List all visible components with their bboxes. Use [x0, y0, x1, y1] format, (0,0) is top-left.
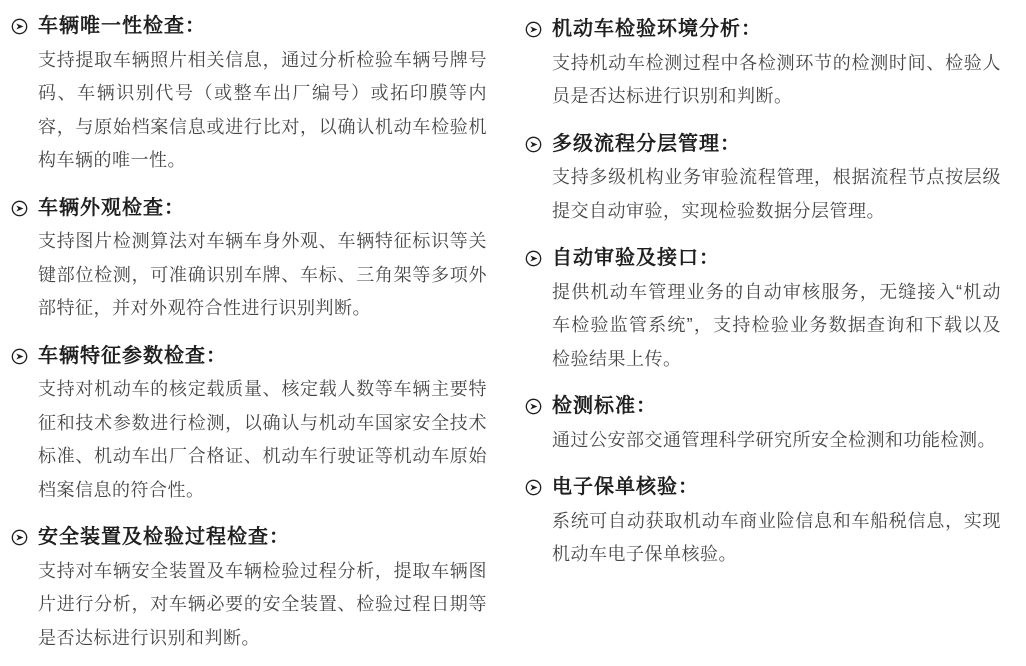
section-heading: 车辆唯一性检查：: [11, 10, 487, 44]
section-title: 车辆外观检查：: [38, 192, 185, 226]
section-body: 支持图片检测算法对车辆车身外观、车辆特征标识等关键部位检测，可准确识别车牌、车标…: [11, 225, 487, 326]
circled-arrow-icon: [525, 250, 542, 267]
circled-arrow-icon: [525, 136, 542, 153]
circled-arrow-icon: [525, 21, 542, 38]
section-body: 系统可自动获取机动车商业险信息和车船税信息，实现机动车电子保单核验。: [525, 505, 1001, 572]
section-body: 支持多级机构业务审验流程管理，根据流程节点按层级提交自动审验，实现检验数据分层管…: [525, 161, 1001, 228]
section-body: 支持机动车检测过程中各检测环节的检测时间、检验人员是否达标进行识别和判断。: [525, 47, 1001, 114]
section-heading: 电子保单核验：: [525, 471, 1001, 505]
section-title: 自动审验及接口：: [552, 242, 720, 276]
circled-arrow-icon: [11, 529, 28, 546]
section-heading: 自动审验及接口：: [525, 242, 1001, 276]
feature-section: 车辆唯一性检查： 支持提取车辆照片相关信息，通过分析检验车辆号牌号码、车辆识别代…: [11, 10, 487, 178]
feature-section: 自动审验及接口： 提供机动车管理业务的自动审核服务，无缝接入“机动车检验监管系统…: [525, 242, 1001, 376]
section-body: 提供机动车管理业务的自动审核服务，无缝接入“机动车检验监管系统”，支持检验业务数…: [525, 276, 1001, 377]
feature-section: 多级流程分层管理： 支持多级机构业务审验流程管理，根据流程节点按层级提交自动审验…: [525, 128, 1001, 229]
section-title: 车辆唯一性检查：: [38, 10, 206, 44]
circled-arrow-icon: [11, 200, 28, 217]
section-body: 支持对车辆安全装置及车辆检验过程分析，提取车辆图片进行分析，对车辆必要的安全装置…: [11, 555, 487, 656]
feature-section: 车辆外观检查： 支持图片检测算法对车辆车身外观、车辆特征标识等关键部位检测，可准…: [11, 192, 487, 326]
features-column-left: 车辆唯一性检查： 支持提取车辆照片相关信息，通过分析检验车辆号牌号码、车辆识别代…: [11, 10, 487, 666]
section-title: 电子保单核验：: [552, 471, 699, 505]
features-column-right: 机动车检验环境分析： 支持机动车检测过程中各检测环节的检测时间、检验人员是否达标…: [525, 10, 1001, 666]
section-heading: 车辆外观检查：: [11, 192, 487, 226]
section-heading: 车辆特征参数检查：: [11, 340, 487, 374]
section-heading: 检测标准：: [525, 390, 1001, 424]
circled-arrow-icon: [525, 479, 542, 496]
feature-section: 机动车检验环境分析： 支持机动车检测过程中各检测环节的检测时间、检验人员是否达标…: [525, 13, 1001, 114]
section-heading: 多级流程分层管理：: [525, 128, 1001, 162]
section-title: 检测标准：: [552, 390, 657, 424]
feature-section: 车辆特征参数检查： 支持对机动车的核定载质量、核定载人数等车辆主要特征和技术参数…: [11, 340, 487, 508]
section-body: 通过公安部交通管理科学研究所安全检测和功能检测。: [525, 424, 1001, 458]
feature-list-page: 车辆唯一性检查： 支持提取车辆照片相关信息，通过分析检验车辆号牌号码、车辆识别代…: [0, 0, 1026, 666]
circled-arrow-icon: [11, 18, 28, 35]
circled-arrow-icon: [11, 348, 28, 365]
section-title: 机动车检验环境分析：: [552, 13, 762, 47]
section-body: 支持对机动车的核定载质量、核定载人数等车辆主要特征和技术参数进行检测，以确认与机…: [11, 373, 487, 507]
feature-section: 电子保单核验： 系统可自动获取机动车商业险信息和车船税信息，实现机动车电子保单核…: [525, 471, 1001, 572]
section-body: 支持提取车辆照片相关信息，通过分析检验车辆号牌号码、车辆识别代号（或整车出厂编号…: [11, 44, 487, 178]
section-title: 安全装置及检验过程检查：: [38, 521, 290, 555]
section-title: 多级流程分层管理：: [552, 128, 741, 162]
feature-section: 检测标准： 通过公安部交通管理科学研究所安全检测和功能检测。: [525, 390, 1001, 457]
feature-section: 安全装置及检验过程检查： 支持对车辆安全装置及车辆检验过程分析，提取车辆图片进行…: [11, 521, 487, 655]
section-title: 车辆特征参数检查：: [38, 340, 227, 374]
circled-arrow-icon: [525, 398, 542, 415]
section-heading: 安全装置及检验过程检查：: [11, 521, 487, 555]
section-heading: 机动车检验环境分析：: [525, 13, 1001, 47]
